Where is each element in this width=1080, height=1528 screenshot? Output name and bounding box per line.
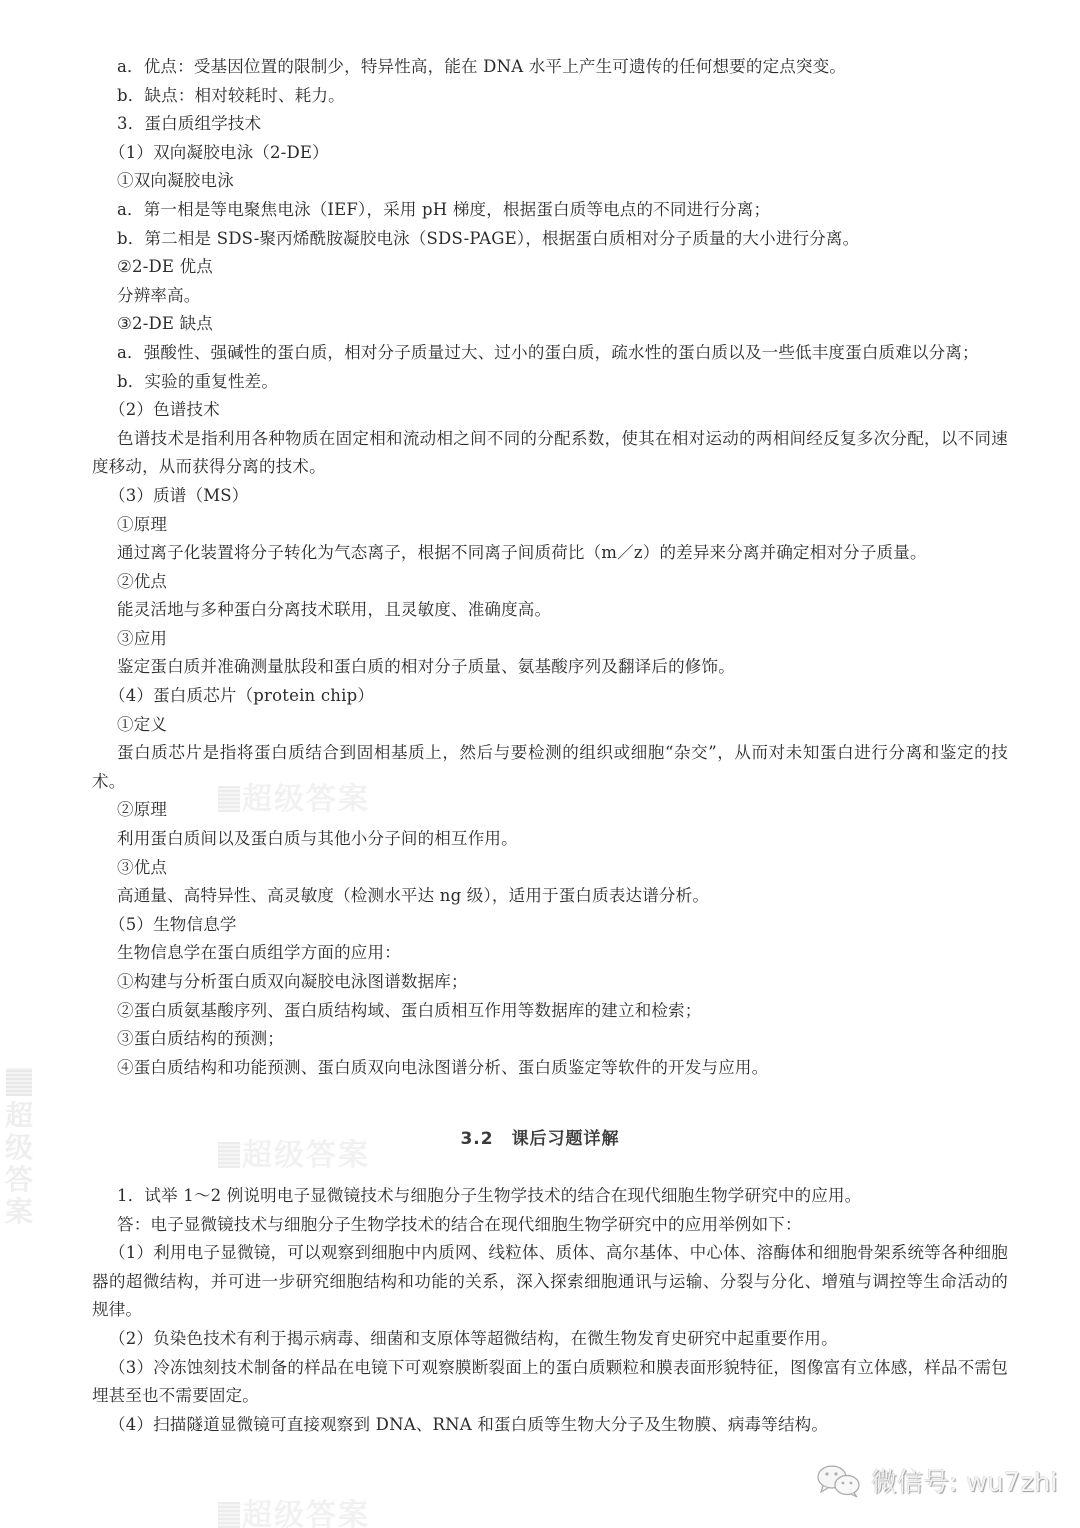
- answer-point: （4）扫描隧道显微镜可直接观察到 DNA、RNA 和蛋白质等生物大分子及生物膜、…: [92, 1411, 1008, 1440]
- text-line: b．缺点：相对较耗时、耗力。: [92, 82, 1008, 111]
- list-item: ③蛋白质结构的预测；: [92, 1025, 1008, 1054]
- list-item: ①构建与分析蛋白质双向凝胶电泳图谱数据库；: [92, 968, 1008, 997]
- question-text: 1．试举 1～2 例说明电子显微镜技术与细胞分子生物学技术的结合在现代细胞生物学…: [92, 1182, 1008, 1211]
- watermark-brand: 超级答案: [218, 1490, 370, 1528]
- answer-intro: 答：电子显微镜技术与细胞分子生物学技术的结合在现代细胞生物学研究中的应用举例如下…: [92, 1211, 1008, 1240]
- answer-point: （2）负染色技术有利于揭示病毒、细菌和支原体等超微结构，在微生物发育史研究中起重…: [92, 1325, 1008, 1354]
- watermark-vertical: 超级答案: [4, 1068, 34, 1228]
- item-label: ③优点: [92, 854, 1008, 883]
- paragraph: a．强酸性、强碱性的蛋白质，相对分子质量过大、过小的蛋白质，疏水性的蛋白质以及一…: [92, 339, 1008, 368]
- text-line: 能灵活地与多种蛋白分离技术联用，且灵敏度、准确度高。: [92, 596, 1008, 625]
- text-line: ①双向凝胶电泳: [92, 167, 1008, 196]
- brand-logo-icon: [6, 1068, 32, 1096]
- subsection-title: （3）质谱（MS）: [92, 482, 1008, 511]
- item-label: ③应用: [92, 625, 1008, 654]
- item-label: ②原理: [92, 796, 1008, 825]
- section-title: 课后习题详解: [512, 1129, 620, 1149]
- text-line: 生物信息学在蛋白质组学方面的应用：: [92, 939, 1008, 968]
- item-label: ①原理: [92, 511, 1008, 540]
- answer-point: （1）利用电子显微镜，可以观察到细胞中内质网、线粒体、质体、高尔基体、中心体、溶…: [92, 1239, 1008, 1325]
- text-line: 高通量、高特异性、高灵敏度（检测水平达 ng 级），适用于蛋白质表达谱分析。: [92, 882, 1008, 911]
- document-section-proteomics: a．优点：受基因位置的限制少，特异性高，能在 DNA 水平上产生可遗传的任何想要…: [92, 53, 1008, 1082]
- text-line: 鉴定蛋白质并准确测量肽段和蛋白质的相对分子质量、氨基酸序列及翻译后的修饰。: [92, 653, 1008, 682]
- brand-logo-icon: [218, 1502, 240, 1528]
- wechat-id-watermark: 微信号: wu7zhi: [815, 1462, 1058, 1499]
- text-line: ③2-DE 缺点: [92, 310, 1008, 339]
- paragraph: 蛋白质芯片是指将蛋白质结合到固相基质上，然后与要检测的组织或细胞“杂交”，从而对…: [92, 739, 1008, 796]
- section-number: 3.2: [460, 1129, 493, 1149]
- section-heading: 3.2课后习题详解: [0, 1124, 1080, 1149]
- subsection-title: （5）生物信息学: [92, 911, 1008, 940]
- text-line: ②2-DE 优点: [92, 253, 1008, 282]
- list-item: ②蛋白质氨基酸序列、蛋白质结构域、蛋白质相互作用等数据库的建立和检索；: [92, 997, 1008, 1026]
- text-line: b．第二相是 SDS-聚丙烯酰胺凝胶电泳（SDS-PAGE），根据蛋白质相对分子…: [92, 225, 1008, 254]
- wechat-id-label: 微信号: wu7zhi: [871, 1462, 1058, 1499]
- text-line: b．实验的重复性差。: [92, 368, 1008, 397]
- text-line: 3．蛋白质组学技术: [92, 110, 1008, 139]
- text-line: a．第一相是等电聚焦电泳（IEF），采用 pH 梯度，根据蛋白质等电点的不同进行…: [92, 196, 1008, 225]
- text-line: 分辨率高。: [92, 282, 1008, 311]
- item-label: ①定义: [92, 711, 1008, 740]
- paragraph: 色谱技术是指利用各种物质在固定相和流动相之间不同的分配系数，使其在相对运动的两相…: [92, 425, 1008, 482]
- text-line: 利用蛋白质间以及蛋白质与其他小分子间的相互作用。: [92, 825, 1008, 854]
- answer-point: （3）冷冻蚀刻技术制备的样品在电镜下可观察膜断裂面上的蛋白质颗粒和膜表面形貌特征…: [92, 1354, 1008, 1411]
- subsection-title: （2）色谱技术: [92, 396, 1008, 425]
- subsection-title: （4）蛋白质芯片（protein chip）: [92, 682, 1008, 711]
- subsection-title: （1）双向凝胶电泳（2-DE）: [92, 139, 1008, 168]
- text-line: a．优点：受基因位置的限制少，特异性高，能在 DNA 水平上产生可遗传的任何想要…: [92, 53, 1008, 82]
- wechat-icon: [815, 1463, 863, 1499]
- text-line: 通过离子化装置将分子转化为气态离子，根据不同离子间质荷比（m／z）的差异来分离并…: [92, 539, 1008, 568]
- list-item: ④蛋白质结构和功能预测、蛋白质双向电泳图谱分析、蛋白质鉴定等软件的开发与应用。: [92, 1054, 1008, 1083]
- document-section-exercises: 1．试举 1～2 例说明电子显微镜技术与细胞分子生物学技术的结合在现代细胞生物学…: [92, 1182, 1008, 1439]
- item-label: ②优点: [92, 568, 1008, 597]
